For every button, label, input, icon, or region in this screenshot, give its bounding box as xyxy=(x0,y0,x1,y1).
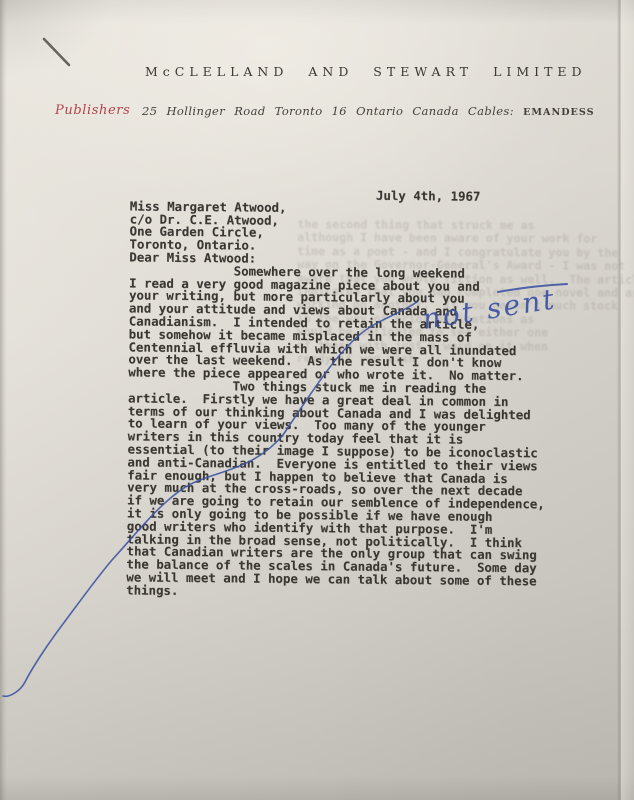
letterhead-company-name: McCLELLAND AND STEWART LIMITED xyxy=(145,64,587,79)
recipient-address-block: Miss Margaret Atwood, c/o Dr. C.E. Atwoo… xyxy=(129,200,609,256)
letter-paragraph-1: Somewhere over the long weekend I read a… xyxy=(128,264,609,384)
paper-right-fold-line xyxy=(617,0,621,800)
letterhead-publishers-label: Publishers xyxy=(55,103,130,118)
scanned-letter-page: the second thing that struck me as altho… xyxy=(0,0,634,800)
letterhead-street-address: 25 Hollinger Road Toronto 16 Ontario Can… xyxy=(142,104,514,118)
paper-left-edge xyxy=(0,0,7,800)
letterhead-address-line: 25 Hollinger Road Toronto 16 Ontario Can… xyxy=(142,104,595,118)
typed-letter-body: July 4th, 1967 Miss Margaret Atwood, c/o… xyxy=(126,187,610,601)
letterhead-cable-name: EMANDESS xyxy=(523,107,594,118)
letter-date: July 4th, 1967 xyxy=(376,190,610,205)
letter-paragraph-2: Two things stuck me in reading the artic… xyxy=(126,379,608,601)
paper-right-margin xyxy=(621,0,634,800)
pencil-mark xyxy=(44,39,69,65)
